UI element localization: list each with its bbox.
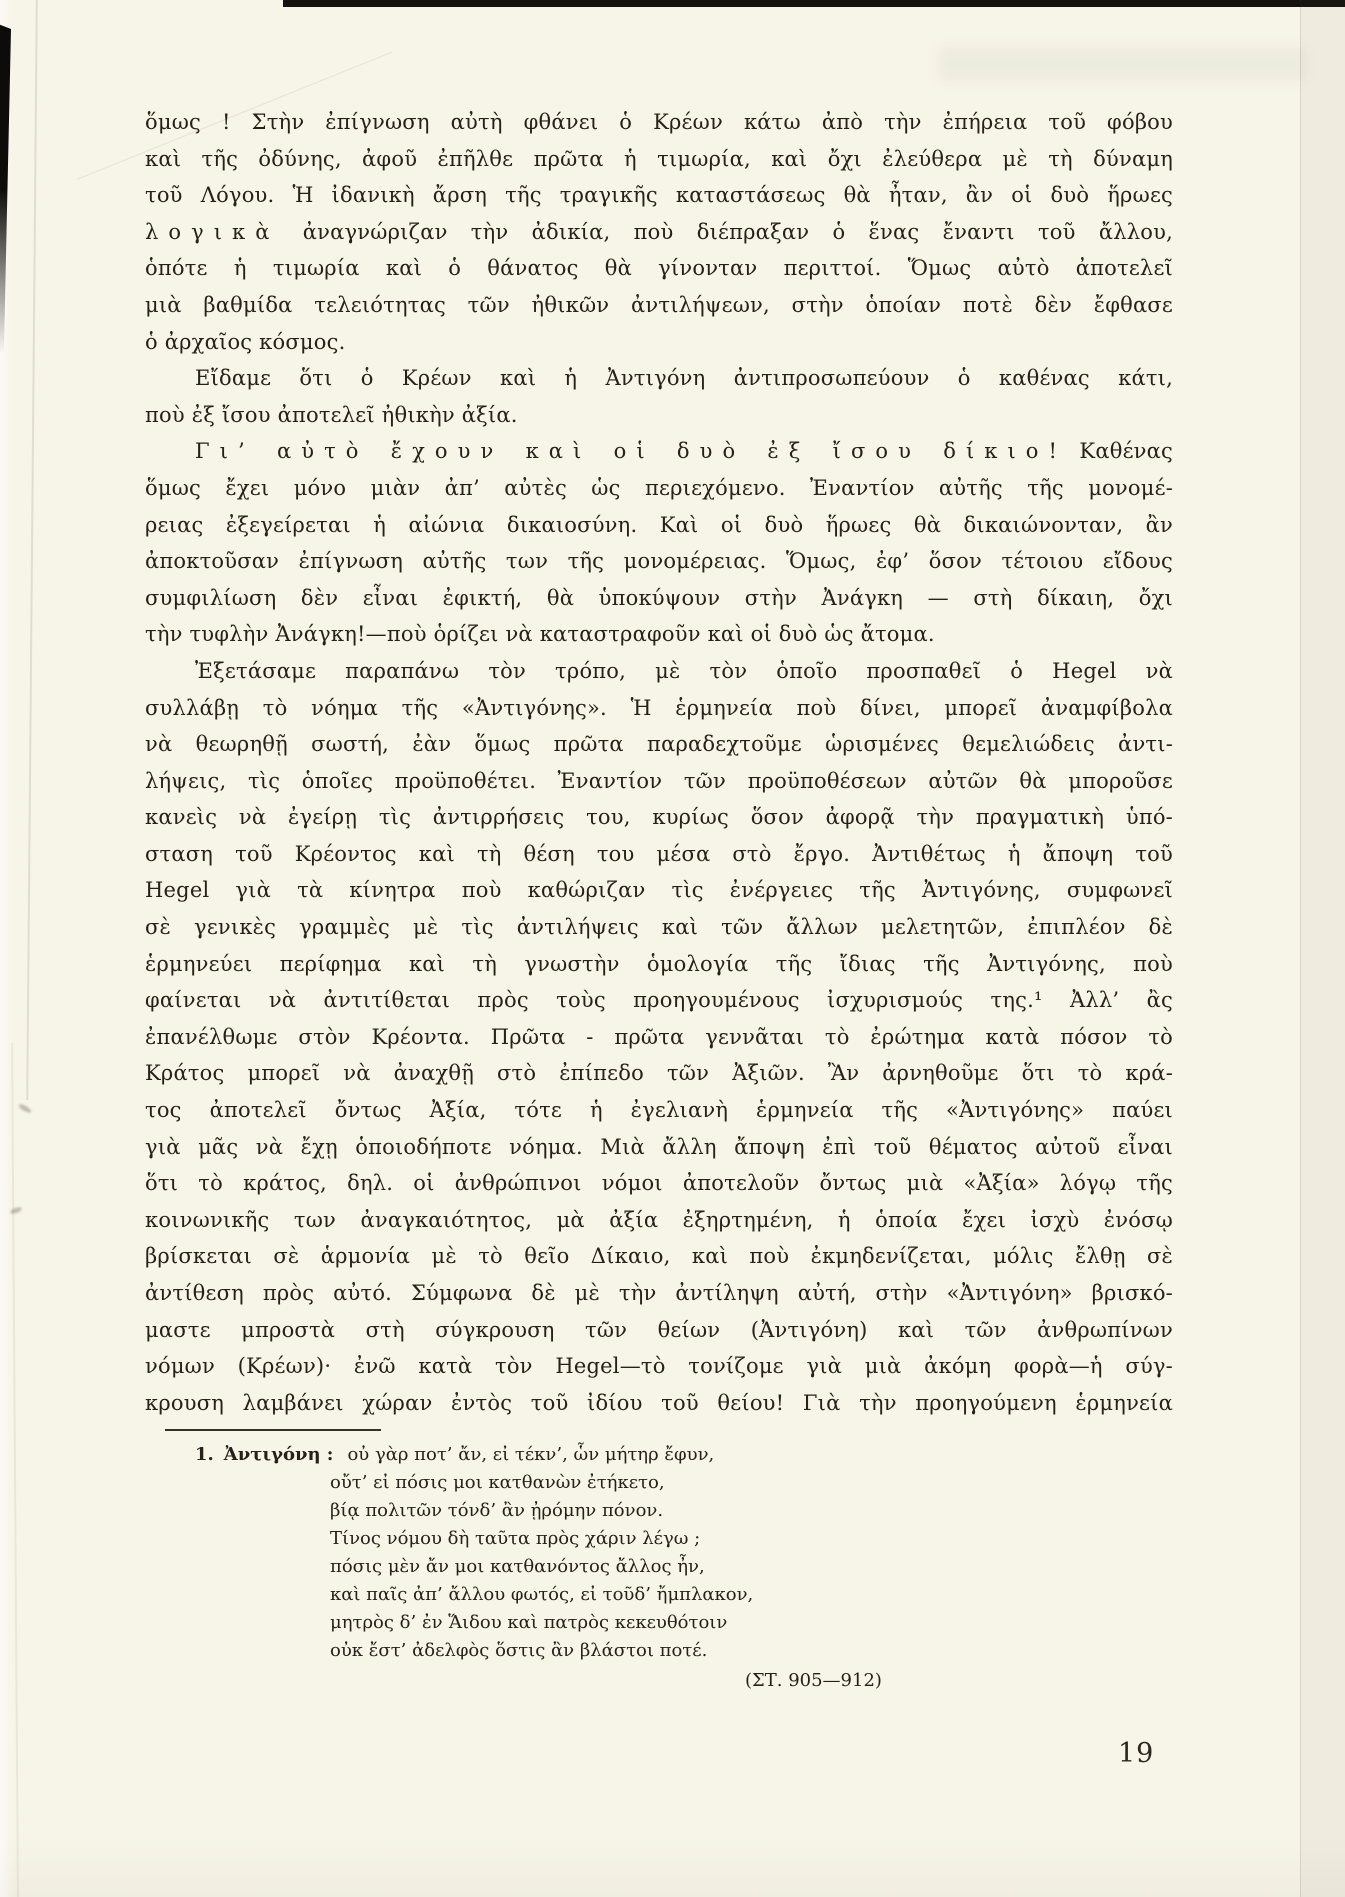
text-line: Κράτος μπορεῖ νὰ ἀναχθῇ στὸ ἐπίπεδο τῶν …	[145, 1055, 1173, 1092]
text-line: τοῦ Λόγου. Ἡ ἰδανικὴ ἄρση τῆς τραγικῆς κ…	[145, 177, 1173, 214]
text-line: ὁπότε ἡ τιμωρία καὶ ὁ θάνατος θὰ γίνοντα…	[145, 250, 1173, 287]
text-line: ὅτι τὸ κράτος, δηλ. οἱ ἀνθρώπινοι νόμοι …	[145, 1165, 1173, 1202]
footnote-verse: βίᾳ πολιτῶν τόνδ’ ἂν ᾐρόμην πόνον.	[330, 1497, 1173, 1525]
footnote-verse: οὐκ ἔστ’ ἀδελφὸς ὅστις ἂν βλάστοι ποτέ.	[330, 1637, 1173, 1665]
footnote-verse: οὐ γὰρ ποτ’ ἄν, εἰ τέκν’, ὧν μήτηρ ἔφυν,	[347, 1444, 714, 1465]
scan-left-edge-artifact	[0, 24, 11, 354]
text-line-emphasis: λογικὰ ἀναγνώριζαν τὴν ἀδικία, ποὺ διέπρ…	[145, 214, 1173, 251]
footnote-verse: πόσις μὲν ἄν μοι κατθανόντος ἄλλος ἦν,	[330, 1553, 1173, 1581]
text-line: γιὰ μᾶς νὰ ἔχῃ ὁποιοδήποτε νόημα. Μιὰ ἄλ…	[145, 1129, 1173, 1166]
footnote-separator-rule	[165, 1429, 381, 1431]
text-line: καὶ τῆς ὀδύνης, ἀφοῦ ἐπῆλθε πρῶτα ἡ τιμω…	[145, 141, 1173, 178]
scan-shadow-artifact	[940, 48, 1305, 80]
page-crease-line-lower	[11, 1043, 19, 1897]
text-line: Ἐξετάσαμε παραπάνω τὸν τρόπο, μὲ τὸν ὁπο…	[145, 653, 1173, 690]
text-line: νὰ θεωρηθῇ σωστή, ἐὰν ὅμως πρῶτα παραδεχ…	[145, 726, 1173, 763]
page-right-margin-strip	[1301, 0, 1345, 1897]
text-line: κρουση λαμβάνει χώραν ἐντὸς τοῦ ἰδίου το…	[145, 1385, 1173, 1422]
footnote-label: Ἀντιγόνη :	[224, 1444, 334, 1465]
text-line: κανεὶς νὰ ἐγείρῃ τὶς ἀντιρρήσεις του, κυ…	[145, 799, 1173, 836]
text-line: σταση τοῦ Κρέοντος καὶ τὴ θέση του μέσα …	[145, 836, 1173, 873]
text-line: ἐπανέλθωμε στὸν Κρέοντα. Πρῶτα - πρῶτα γ…	[145, 1019, 1173, 1056]
footnote-verse: οὔτ’ εἰ πόσις μοι κατθανὼν ἐτήκετο,	[330, 1469, 1173, 1497]
text-line: σὲ γενικὲς γραμμὲς μὲ τὶς ἀντιλήψεις καὶ…	[145, 909, 1173, 946]
text-line: ἑρμηνεύει περίφημα καὶ τὴ γνωστὴν ὁμολογ…	[145, 946, 1173, 983]
text-line: τὴν τυφλὴν Ἀνάγκη!—ποὺ ὁρίζει νὰ καταστρ…	[145, 616, 1173, 653]
text-line: μιὰ βαθμίδα τελειότητας τῶν ἠθικῶν ἀντιλ…	[145, 287, 1173, 324]
footnote-verse: Τίνος νόμου δὴ ταῦτα πρὸς χάριν λέγω ;	[330, 1525, 1173, 1553]
scan-top-edge-artifact	[283, 0, 1345, 7]
page-right-edge-line	[1300, 0, 1301, 1897]
text-line: Εἴδαμε ὅτι ὁ Κρέων καὶ ἡ Ἀντιγόνη ἀντιπρ…	[145, 360, 1173, 397]
text-line: Hegel γιὰ τὰ κίνητρα ποὺ καθώριζαν τὶς ἐ…	[145, 872, 1173, 909]
text-line-rest: ἀναγνώριζαν τὴν ἀδικία, ποὺ διέπραξαν ὁ …	[280, 220, 1173, 244]
text-line: ρειας ἐξεγείρεται ἡ αἰώνια δικαιοσύνη. Κ…	[145, 507, 1173, 544]
footnote-first-line: 1.Ἀντιγόνη :οὐ γὰρ ποτ’ ἄν, εἰ τέκν’, ὧν…	[195, 1441, 1173, 1469]
page-number: 19	[1118, 1738, 1154, 1769]
text-line-rest: Καθένας	[1067, 439, 1173, 463]
page-crease-line	[26, 0, 38, 1100]
text-line: συμφιλίωση δὲν εἶναι ἐφικτή, θὰ ὑποκύψου…	[145, 580, 1173, 617]
footnote-verse: μητρὸς δ’ ἐν Ἅιδου καὶ πατρὸς κεκευθότοι…	[330, 1609, 1173, 1637]
text-line: ὅμως ἔχει μόνο μιὰν ἀπ’ αὐτὲς ὡς περιεχό…	[145, 470, 1173, 507]
letterspaced-emphasis: λογικὰ	[145, 220, 280, 244]
footnote: 1.Ἀντιγόνη :οὐ γὰρ ποτ’ ἄν, εἰ τέκν’, ὧν…	[145, 1441, 1173, 1695]
footnote-verse: καὶ παῖς ἀπ’ ἄλλου φωτός, εἰ τοῦδ’ ἤμπλα…	[330, 1581, 1173, 1609]
scan-speck	[18, 1103, 33, 1114]
text-line: τος ἀποτελεῖ ὄντως Ἀξία, τότε ἡ ἐγελιανὴ…	[145, 1092, 1173, 1129]
text-line: κοινωνικῆς των ἀναγκαιότητος, μὰ ἀξία ἐξ…	[145, 1202, 1173, 1239]
scanned-book-page: ὅμως ! Στὴν ἐπίγνωση αὐτὴ φθάνει ὁ Κρέων…	[0, 0, 1345, 1897]
body-text-column: ὅμως ! Στὴν ἐπίγνωση αὐτὴ φθάνει ὁ Κρέων…	[145, 104, 1173, 1421]
text-line: ποὺ ἐξ ἴσου ἀποτελεῖ ἠθικὴν ἀξία.	[145, 397, 1173, 434]
text-line: συλλάβῃ τὸ νόημα τῆς «Ἀντιγόνης». Ἡ ἑρμη…	[145, 690, 1173, 727]
footnote-marker: 1.	[195, 1444, 214, 1465]
text-line: λήψεις, τὶς ὁποῖες προϋποθέτει. Ἐναντίον…	[145, 763, 1173, 800]
text-line: ὁ ἀρχαῖος κόσμος.	[145, 324, 1173, 361]
letterspaced-emphasis: Γι’ αὐτὸ ἔχουν καὶ οἱ δυὸ ἐξ ἴσου δίκιο!	[195, 439, 1067, 463]
text-line: βρίσκεται σὲ ἁρμονία μὲ τὸ θεῖο Δίκαιο, …	[145, 1238, 1173, 1275]
text-line: ἀντίθεση πρὸς αὐτό. Σύμφωνα δὲ μὲ τὴν ἀν…	[145, 1275, 1173, 1312]
text-line: ὅμως ! Στὴν ἐπίγνωση αὐτὴ φθάνει ὁ Κρέων…	[145, 104, 1173, 141]
text-line: ἀποκτοῦσαν ἐπίγνωση αὐτῆς των τῆς μονομέ…	[145, 543, 1173, 580]
text-line: νόμων (Κρέων)· ἐνῶ κατὰ τὸν Hegel—τὸ τον…	[145, 1348, 1173, 1385]
footnote-citation: (ΣΤ. 905—912)	[745, 1667, 1173, 1695]
text-line: μαστε μπροστὰ στὴ σύγκρουση τῶν θείων (Ἀ…	[145, 1312, 1173, 1349]
text-line-emphasis: Γι’ αὐτὸ ἔχουν καὶ οἱ δυὸ ἐξ ἴσου δίκιο!…	[145, 433, 1173, 470]
text-line: φαίνεται νὰ ἀντιτίθεται πρὸς τοὺς προηγο…	[145, 982, 1173, 1019]
